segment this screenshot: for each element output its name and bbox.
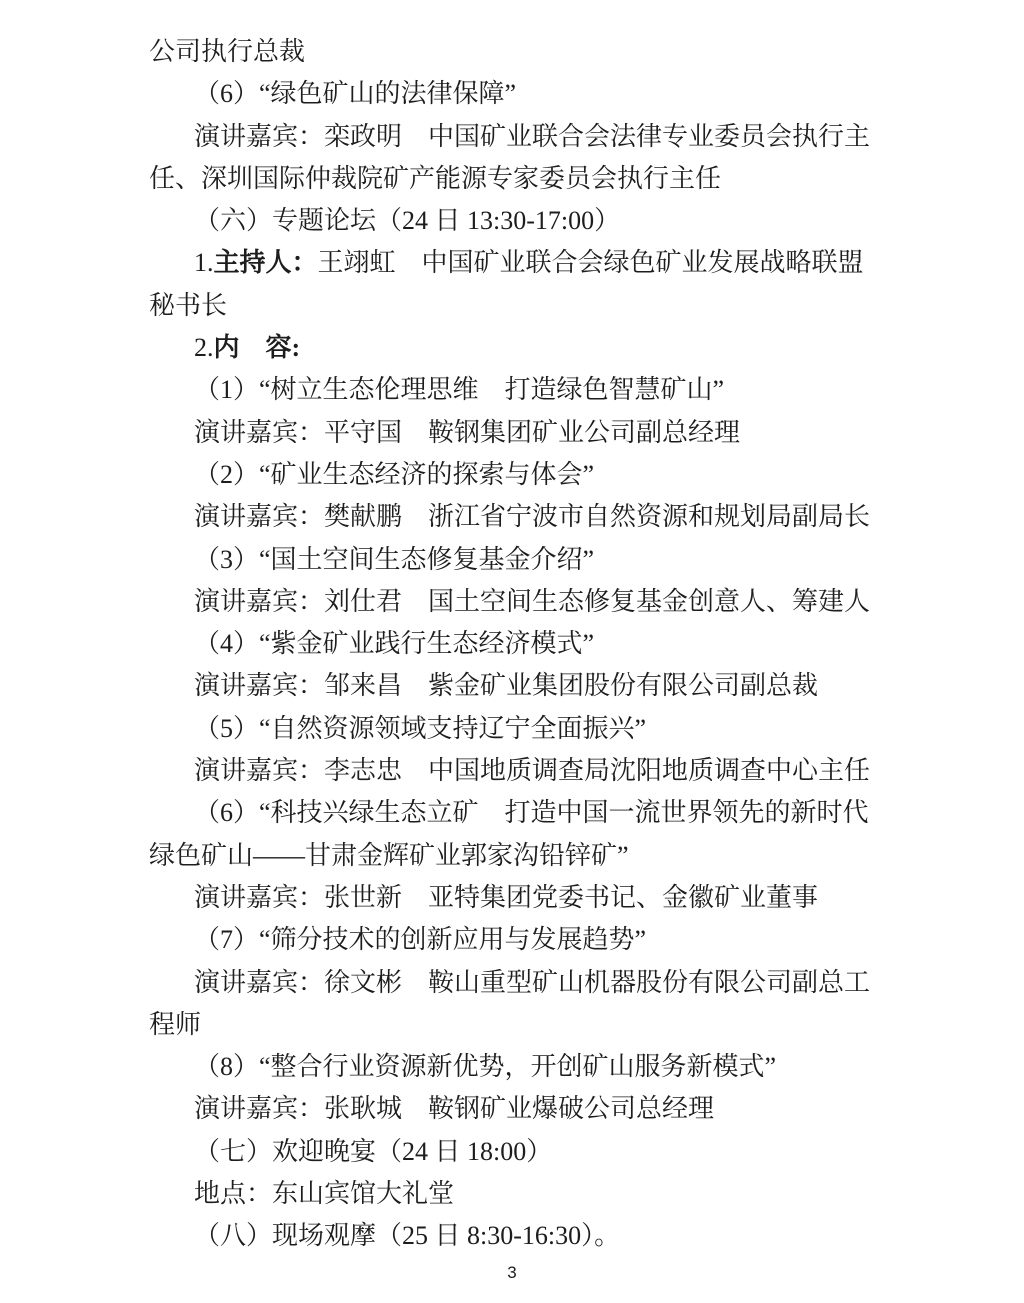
document-line: 演讲嘉宾：张耿城 鞍钢矿业爆破公司总经理 [149,1088,883,1130]
document-line: 地点：东山宾馆大礼堂 [149,1173,883,1215]
text-segment: 演讲嘉宾：李志忠 中国地质调查局沈阳地质调查中心主任 [194,756,870,785]
text-segment: 任、深圳国际仲裁院矿产能源专家委员会执行主任 [149,164,721,193]
document-line: （4）“紫金矿业践行生态经济模式” [149,623,883,665]
text-segment: （6）“绿色矿山的法律保障” [194,79,516,108]
document-line: 演讲嘉宾：樊献鹏 浙江省宁波市自然资源和规划局副局长 [149,496,883,538]
document-line: （3）“国土空间生态修复基金介绍” [149,539,883,581]
document-line: 演讲嘉宾：刘仕君 国土空间生态修复基金创意人、筹建人 [149,581,883,623]
document-line: 演讲嘉宾：张世新 亚特集团党委书记、金徽矿业董事 [149,877,883,919]
document-line: （六）专题论坛（24 日 13:30-17:00） [149,200,883,242]
document-line: 演讲嘉宾：栾政明 中国矿业联合会法律专业委员会执行主 [149,116,883,158]
document-line: （6）“绿色矿山的法律保障” [149,73,883,115]
document-line: （7）“筛分技术的创新应用与发展趋势” [149,919,883,961]
document-line: 演讲嘉宾：平守国 鞍钢集团矿业公司副总经理 [149,412,883,454]
text-segment: 演讲嘉宾：邹来昌 紫金矿业集团股份有限公司副总裁 [194,671,818,700]
document-line: 1.主持人：王翊虹 中国矿业联合会绿色矿业发展战略联盟 [149,242,883,284]
page-number: 3 [0,1259,1024,1287]
text-segment: 公司执行总裁 [149,37,305,66]
document-body: 公司执行总裁（6）“绿色矿山的法律保障”演讲嘉宾：栾政明 中国矿业联合会法律专业… [149,31,883,1258]
text-segment: （八）现场观摩（25 日 8:30-16:30）。 [194,1221,620,1250]
text-segment: 演讲嘉宾：平守国 鞍钢集团矿业公司副总经理 [194,418,740,447]
document-line: （八）现场观摩（25 日 8:30-16:30）。 [149,1215,883,1257]
text-segment: （1）“树立生态伦理思维 打造绿色智慧矿山” [194,375,724,404]
document-line: 程师 [149,1004,883,1046]
text-segment: 秘书长 [149,291,227,320]
document-line: 绿色矿山——甘肃金辉矿业郭家沟铅锌矿” [149,835,883,877]
text-segment: 程师 [149,1010,201,1039]
bold-text-segment: 内 容: [214,333,301,362]
text-segment: 演讲嘉宾：张耿城 鞍钢矿业爆破公司总经理 [194,1094,714,1123]
document-line: （七）欢迎晚宴（24 日 18:00） [149,1131,883,1173]
text-segment: 演讲嘉宾：刘仕君 国土空间生态修复基金创意人、筹建人 [194,587,870,616]
text-segment: 演讲嘉宾：樊献鹏 浙江省宁波市自然资源和规划局副局长 [194,502,870,531]
document-line: 任、深圳国际仲裁院矿产能源专家委员会执行主任 [149,158,883,200]
text-segment: （4）“紫金矿业践行生态经济模式” [194,629,594,658]
text-segment: （8）“整合行业资源新优势，开创矿山服务新模式” [194,1052,776,1081]
document-line: 2.内 容: [149,327,883,369]
document-line: （2）“矿业生态经济的探索与体会” [149,454,883,496]
text-segment: （7）“筛分技术的创新应用与发展趋势” [194,925,646,954]
document-line: （1）“树立生态伦理思维 打造绿色智慧矿山” [149,369,883,411]
text-segment: （七）欢迎晚宴（24 日 18:00） [194,1137,552,1166]
text-segment: （6）“科技兴绿生态立矿 打造中国一流世界领先的新时代 [194,798,869,827]
text-segment: （六）专题论坛（24 日 13:30-17:00） [194,206,620,235]
document-page: 公司执行总裁（6）“绿色矿山的法律保障”演讲嘉宾：栾政明 中国矿业联合会法律专业… [0,0,1024,1303]
text-segment: 绿色矿山——甘肃金辉矿业郭家沟铅锌矿” [149,841,629,870]
document-line: （6）“科技兴绿生态立矿 打造中国一流世界领先的新时代 [149,792,883,834]
document-line: 秘书长 [149,285,883,327]
document-line: 演讲嘉宾：徐文彬 鞍山重型矿山机器股份有限公司副总工 [149,962,883,1004]
text-segment: （2）“矿业生态经济的探索与体会” [194,460,594,489]
bold-text-segment: 主持人： [214,248,318,277]
text-segment: 演讲嘉宾：徐文彬 鞍山重型矿山机器股份有限公司副总工 [194,968,870,997]
text-segment: 1. [194,248,214,277]
document-line: 演讲嘉宾：邹来昌 紫金矿业集团股份有限公司副总裁 [149,665,883,707]
document-line: （8）“整合行业资源新优势，开创矿山服务新模式” [149,1046,883,1088]
document-line: 演讲嘉宾：李志忠 中国地质调查局沈阳地质调查中心主任 [149,750,883,792]
document-line: 公司执行总裁 [149,31,883,73]
text-segment: 演讲嘉宾：栾政明 中国矿业联合会法律专业委员会执行主 [194,122,870,151]
text-segment: 地点：东山宾馆大礼堂 [194,1179,454,1208]
text-segment: 王翊虹 中国矿业联合会绿色矿业发展战略联盟 [318,248,864,277]
text-segment: （3）“国土空间生态修复基金介绍” [194,545,594,574]
text-segment: （5）“自然资源领域支持辽宁全面振兴” [194,714,646,743]
text-segment: 演讲嘉宾：张世新 亚特集团党委书记、金徽矿业董事 [194,883,818,912]
document-line: （5）“自然资源领域支持辽宁全面振兴” [149,708,883,750]
text-segment: 2. [194,333,214,362]
